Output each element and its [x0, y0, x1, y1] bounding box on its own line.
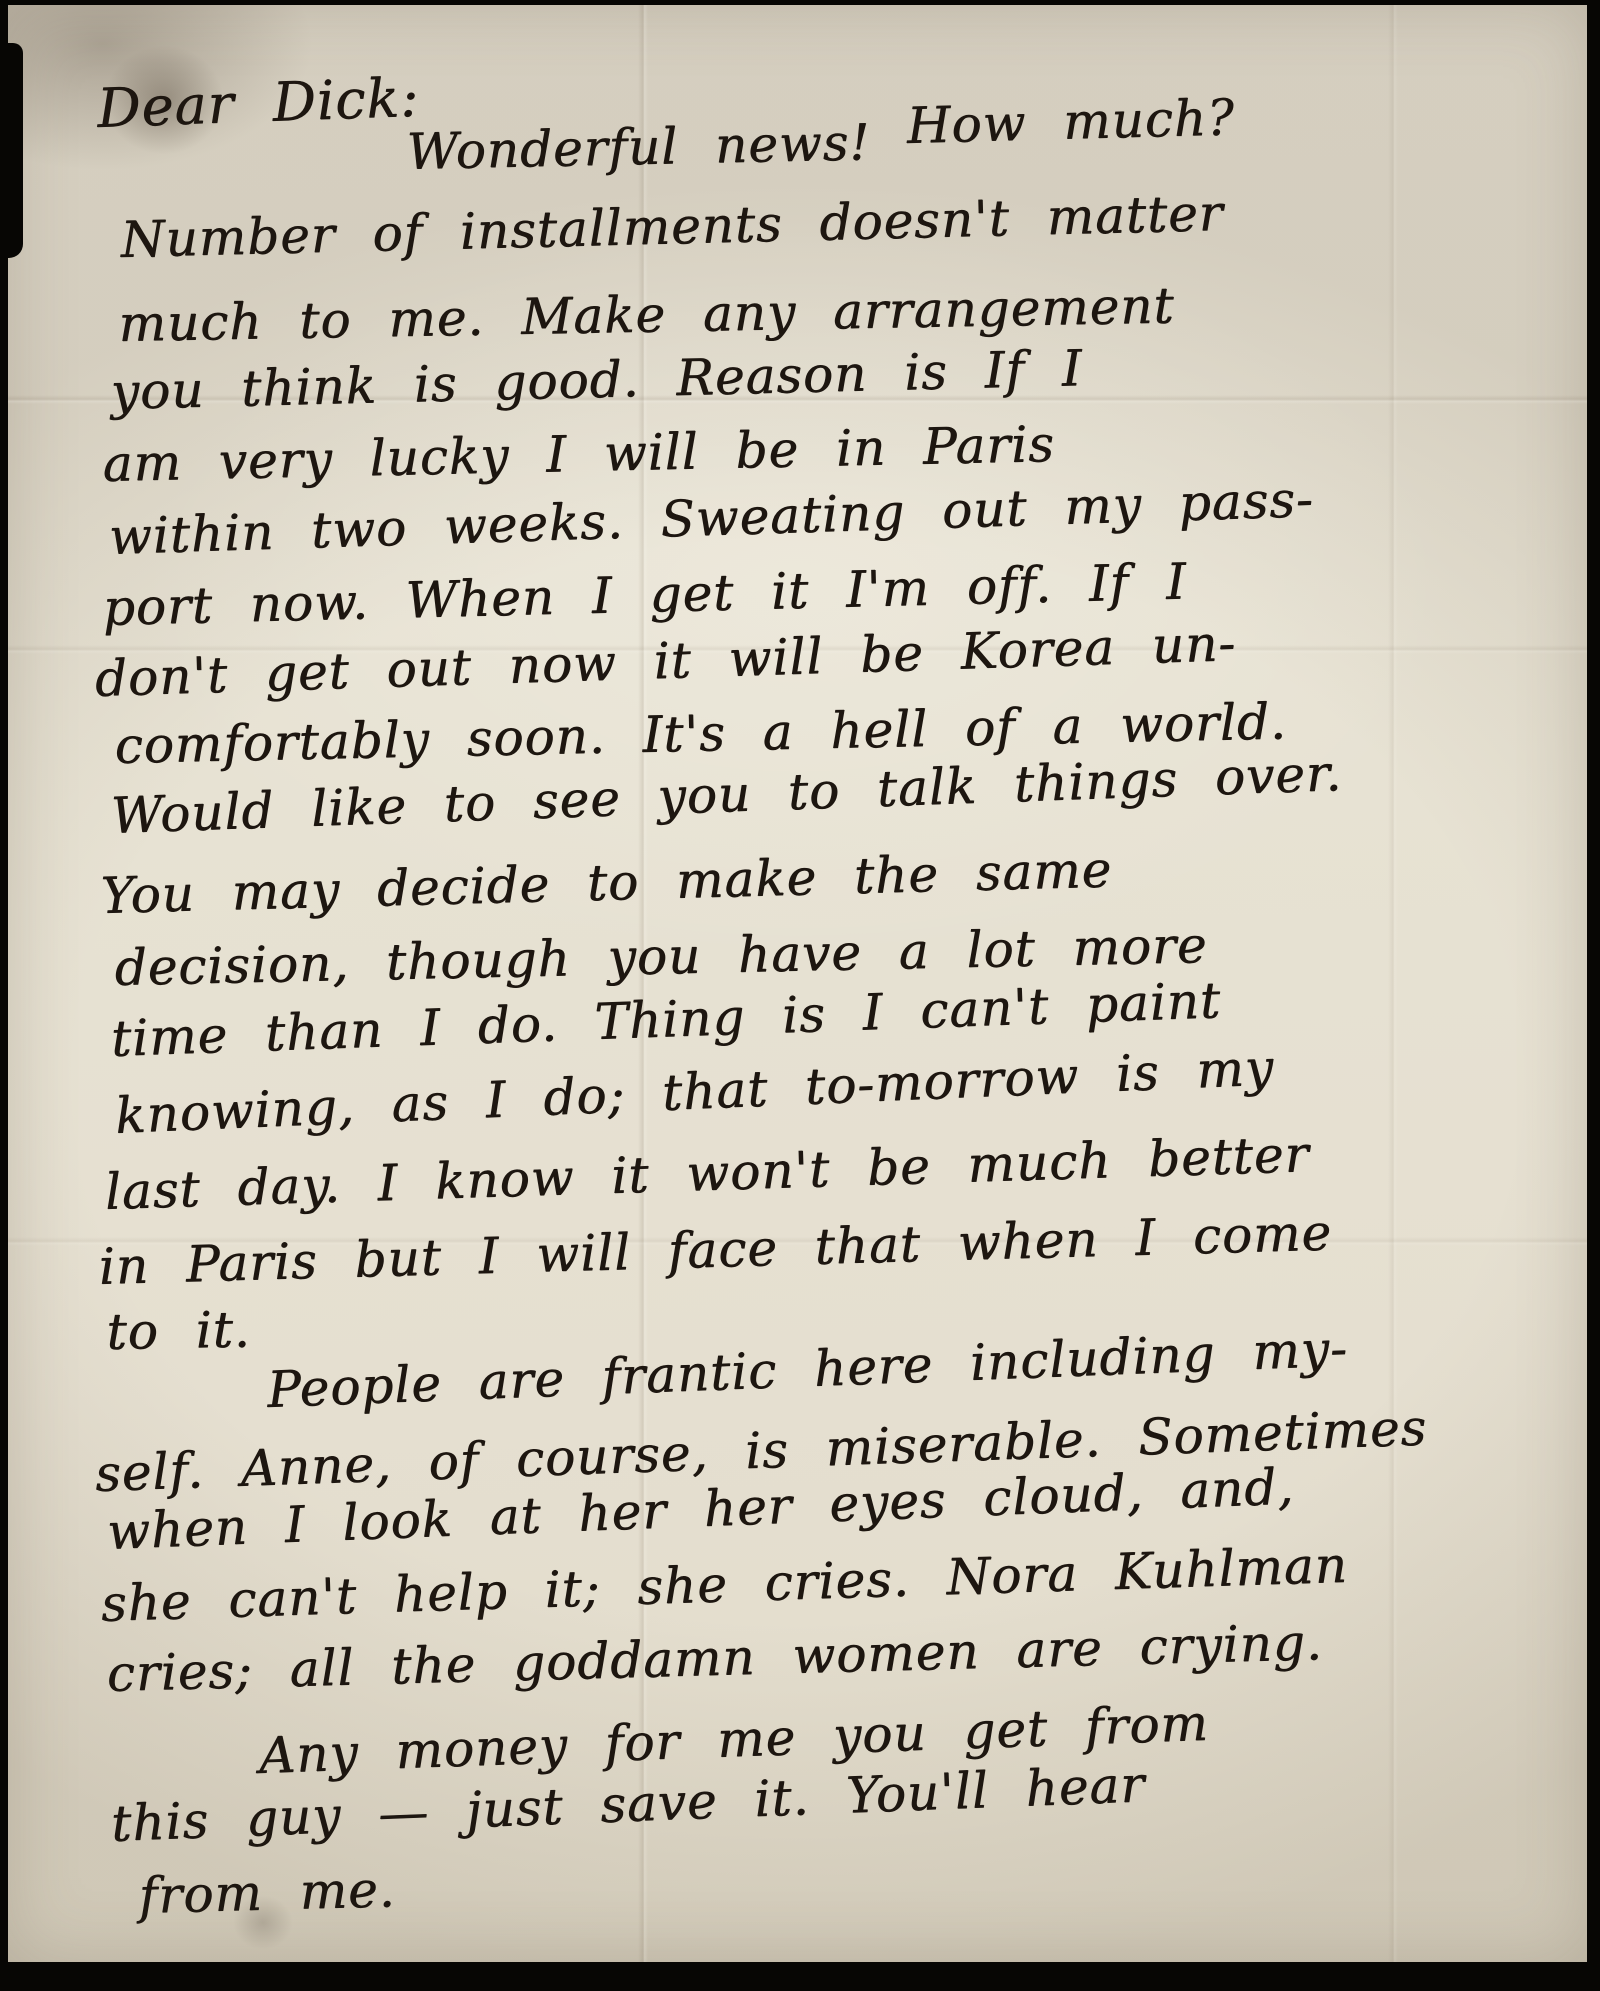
- letter-line: from me.: [138, 1860, 396, 1925]
- salutation: Dear Dick:: [96, 66, 420, 140]
- opening-question: How much?: [906, 88, 1235, 155]
- letter-paper: Dear Dick: Wonderful news! How much? Num…: [8, 5, 1587, 1962]
- letter-line: in Paris but I will face that when I com…: [98, 1204, 1333, 1296]
- letter-line: People are frantic here including my-: [266, 1319, 1349, 1418]
- letter-line: Number of installments doesn't matter: [120, 184, 1224, 269]
- scan-edge-artifact: [8, 43, 23, 258]
- letter-line: You may decide to make the same: [100, 841, 1113, 925]
- opening-exclamation: Wonderful news!: [406, 113, 871, 181]
- letter-line: last day. I know it won't be much better: [104, 1125, 1310, 1221]
- handwriting-layer: Dear Dick: Wonderful news! How much? Num…: [8, 5, 1587, 1962]
- letter-line: you think is good. Reason is If I: [110, 339, 1083, 421]
- letter-line: am very lucky I will be in Paris: [102, 415, 1055, 493]
- scanned-letter-image: Dear Dick: Wonderful news! How much? Num…: [0, 0, 1600, 1991]
- letter-line: to it.: [106, 1300, 251, 1361]
